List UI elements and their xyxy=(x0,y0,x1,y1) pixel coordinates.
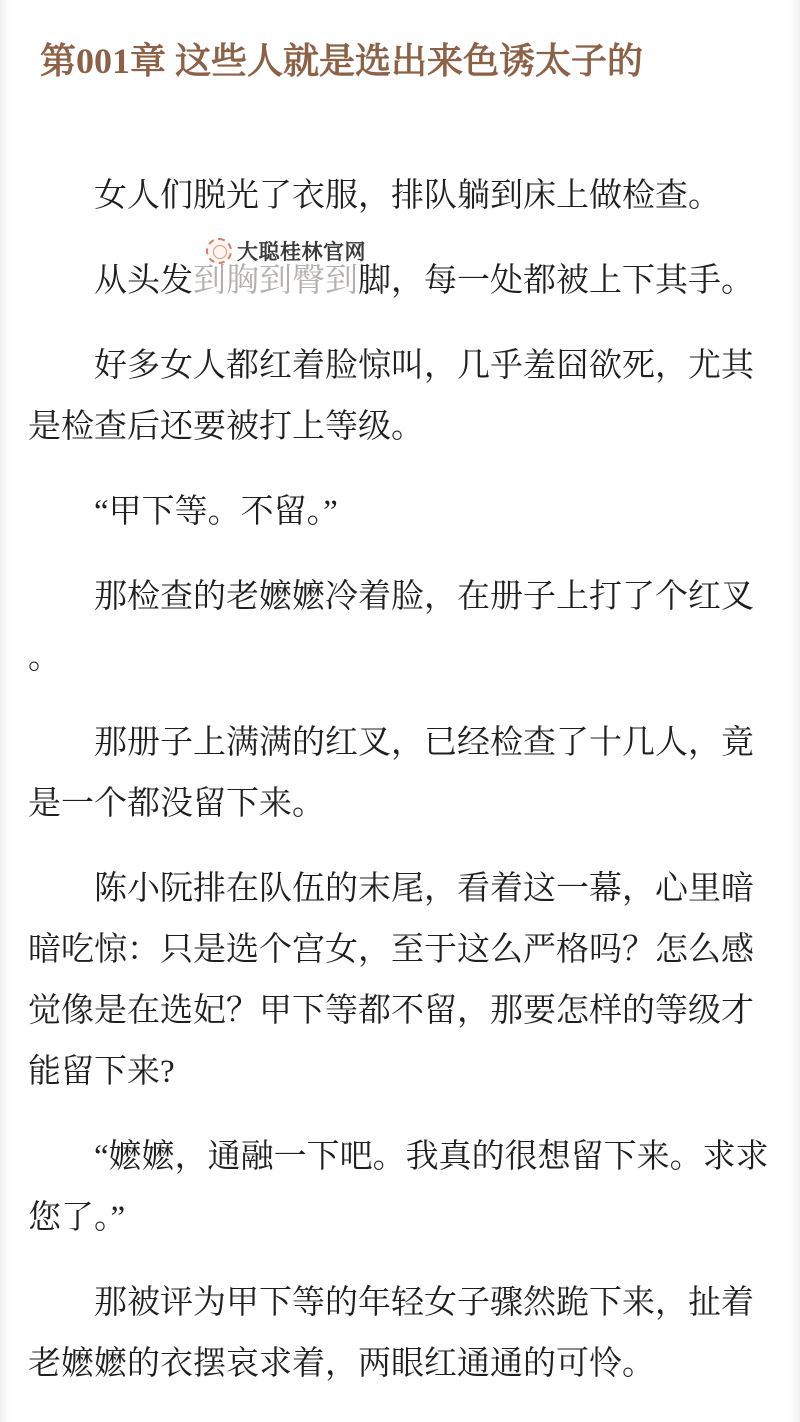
text-line: “甲下等。不留。” xyxy=(28,482,772,543)
chapter-title: 第001章 这些人就是选出来色诱太子的 xyxy=(40,38,760,84)
text-line: 能留下来? xyxy=(28,1042,772,1103)
text-line: 是检查后还要被打上等级。 xyxy=(28,397,772,458)
chapter-body: 女人们脱光了衣服，排队躺到床上做检查。 从头发到胸到臀到脚，每一处都被上下其手。… xyxy=(0,166,800,1395)
text-line: 。 xyxy=(28,628,772,689)
text-line: 那被评为甲下等的年轻女子骤然跪下来，扯着 xyxy=(28,1273,772,1334)
text-line: 您了。” xyxy=(28,1188,772,1249)
text-line: 是一个都没留下来。 xyxy=(28,774,772,835)
paragraph: 那被评为甲下等的年轻女子骤然跪下来，扯着 老嬷嬷的衣摆哀求着，两眼红通通的可怜。 xyxy=(28,1273,772,1395)
paragraph: 好多女人都红着脸惊叫，几乎羞囧欲死，尤其 是检查后还要被打上等级。 xyxy=(28,336,772,458)
text-line: 觉像是在选妃？甲下等都不留，那要怎样的等级才 xyxy=(28,981,772,1042)
text-line: 那册子上满满的红叉，已经检查了十几人，竟 xyxy=(28,713,772,774)
paragraph: “嬷嬷，通融一下吧。我真的很想留下来。求求 您了。” xyxy=(28,1127,772,1249)
paragraph: “甲下等。不留。” xyxy=(28,482,772,543)
text-line: 老嬷嬷的衣摆哀求着，两眼红通通的可怜。 xyxy=(28,1334,772,1395)
watermark: 大聪桂林官网 xyxy=(206,236,366,266)
text-line: 那检查的老嬷嬷冷着脸，在册子上打了个红叉 xyxy=(28,567,772,628)
paragraph: 陈小阮排在队伍的末尾，看着这一幕，心里暗 暗吃惊：只是选个宫女，至于这么严格吗？… xyxy=(28,859,772,1103)
seal-icon xyxy=(206,238,232,264)
text-line: 女人们脱光了衣服，排队躺到床上做检查。 xyxy=(28,166,772,227)
text-line: 好多女人都红着脸惊叫，几乎羞囧欲死，尤其 xyxy=(28,336,772,397)
text-line: 暗吃惊：只是选个宫女，至于这么严格吗？怎么感 xyxy=(28,920,772,981)
text-segment: 从头发 xyxy=(94,263,193,299)
paragraph: 那册子上满满的红叉，已经检查了十几人，竟 是一个都没留下来。 xyxy=(28,713,772,835)
paragraph: 女人们脱光了衣服，排队躺到床上做检查。 xyxy=(28,166,772,227)
paragraph: 那检查的老嬷嬷冷着脸，在册子上打了个红叉 。 xyxy=(28,567,772,689)
text-line: 陈小阮排在队伍的末尾，看着这一幕，心里暗 xyxy=(28,859,772,920)
watermark-text: 大聪桂林官网 xyxy=(237,236,366,266)
text-line: 从头发到胸到臀到脚，每一处都被上下其手。 xyxy=(28,251,772,312)
text-segment-faded: 到胸到臀到 xyxy=(193,263,358,299)
text-line: “嬷嬷，通融一下吧。我真的很想留下来。求求 xyxy=(28,1127,772,1188)
paragraph: 从头发到胸到臀到脚，每一处都被上下其手。 xyxy=(28,251,772,312)
text-segment: 脚，每一处都被上下其手。 xyxy=(358,263,754,299)
